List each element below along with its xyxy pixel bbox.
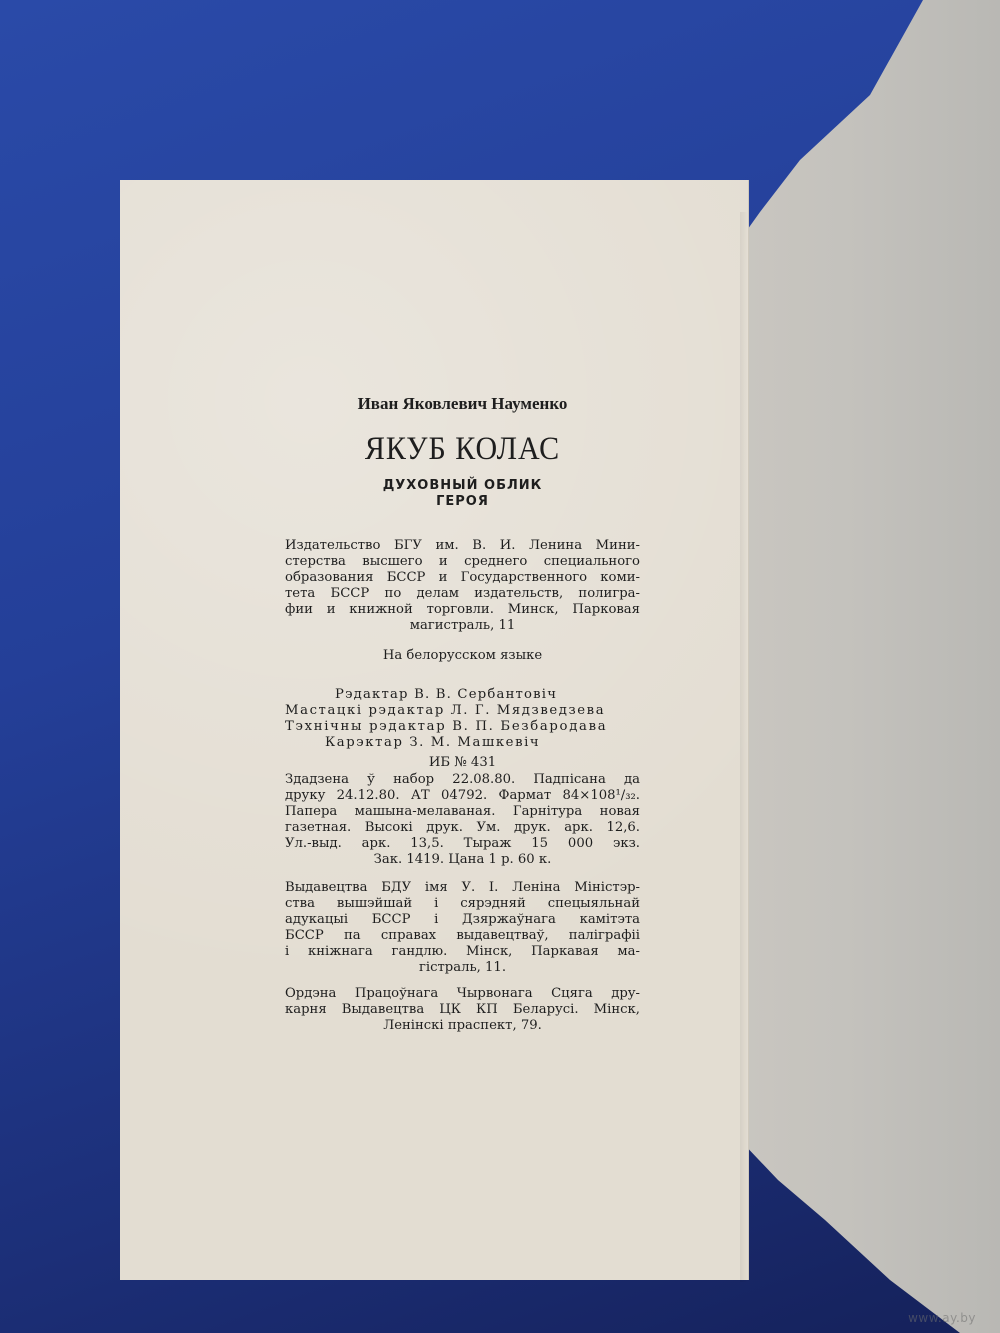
publisher-by: Выдавецтва БДУ імя У. І. Леніна Міністэр… (285, 880, 640, 976)
page-gutter-shadow (740, 212, 748, 1282)
subtitle-line: ГЕРОЯ (285, 494, 640, 510)
print-info-line: Ул.-выд. арк. 13,5. Тыраж 15 000 экз. (285, 836, 640, 852)
print-info-line: Здадзена ў набор 22.08.80. Падпісана да (285, 772, 640, 788)
facing-page (740, 0, 1000, 1333)
print-info-line: Папера машына-мелаваная. Гарнітура новая (285, 804, 640, 820)
ib-number: ИБ № 431 (285, 755, 640, 770)
publisher-ru-line: образования БССР и Государственного коми… (285, 570, 640, 586)
printer-line: Ордэна Працоўнага Чырвонага Сцяга дру- (285, 986, 640, 1002)
publisher-ru-line: фии и книжной торговли. Минск, Парковая (285, 602, 640, 618)
print-info-line: газетная. Высокі друк. Ум. друк. арк. 12… (285, 820, 640, 836)
publisher-by-line: і кніжнага гандлю. Мінск, Паркавая ма- (285, 944, 640, 960)
print-info-line: Зак. 1419. Цана 1 р. 60 к. (285, 852, 640, 868)
credit-art-editor: Мастацкі рэдактар Л. Г. Мядзведзева (285, 703, 640, 719)
publisher-ru-line: тета БССР по делам издательств, полигра- (285, 586, 640, 602)
credit-editor: Рэдактар В. В. Сербантовіч (285, 687, 640, 703)
publisher-by-line: БССР па справах выдавецтваў, паліграфіі (285, 928, 640, 944)
publisher-ru-line: стерства высшего и среднего специального (285, 554, 640, 570)
credit-tech-editor: Тэхнічны рэдактар В. П. Безбародава (285, 719, 640, 735)
printer-line: карня Выдавецтва ЦК КП Беларусі. Мінск, (285, 1002, 640, 1018)
publisher-ru: Издательство БГУ им. В. И. Ленина Мини- … (285, 538, 640, 634)
watermark: www.ay.by (908, 1311, 976, 1325)
credit-proofreader: Карэктар З. М. Машкевіч (285, 735, 640, 751)
publisher-by-line: ства вышэйшай і сярэдняй спецыяльнай (285, 896, 640, 912)
colophon-text: Иван Яковлевич Науменко ЯКУБ КОЛАС ДУХОВ… (285, 390, 640, 1034)
book-title: ЯКУБ КОЛАС (285, 430, 640, 467)
printer-line: Ленінскі праспект, 79. (285, 1018, 640, 1034)
publisher-by-line: адукацыі БССР і Дзяржаўнага камітэта (285, 912, 640, 928)
publisher-ru-line: Издательство БГУ им. В. И. Ленина Мини- (285, 538, 640, 554)
print-info-line: друку 24.12.80. АТ 04792. Фармат 84×108¹… (285, 788, 640, 804)
publisher-by-line: Выдавецтва БДУ імя У. І. Леніна Міністэр… (285, 880, 640, 896)
publisher-by-line: гістраль, 11. (285, 960, 640, 976)
credits: Рэдактар В. В. Сербантовіч Мастацкі рэда… (285, 687, 640, 751)
book-subtitle: ДУХОВНЫЙ ОБЛИК ГЕРОЯ (285, 478, 640, 510)
language-note: На белорусском языке (285, 648, 640, 663)
print-info: Здадзена ў набор 22.08.80. Падпісана да … (285, 772, 640, 868)
subtitle-line: ДУХОВНЫЙ ОБЛИК (285, 478, 640, 494)
author-name: Иван Яковлевич Науменко (285, 394, 640, 414)
printer: Ордэна Працоўнага Чырвонага Сцяга дру- к… (285, 986, 640, 1034)
publisher-ru-line: магистраль, 11 (285, 618, 640, 634)
